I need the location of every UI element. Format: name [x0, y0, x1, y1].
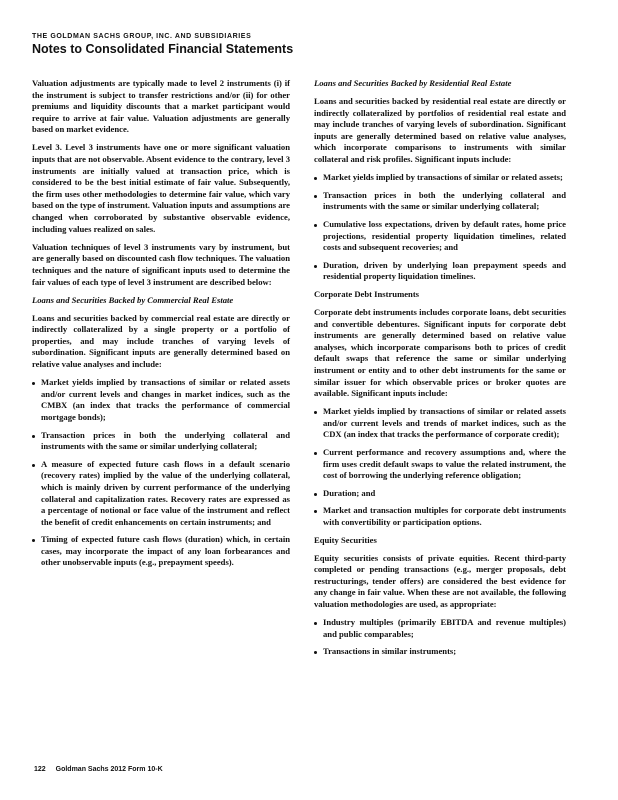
left-column: Valuation adjustments are typically made…	[32, 78, 290, 575]
publication-name: Goldman Sachs 2012 Form 10-K	[56, 766, 163, 773]
list-item: Market yields implied by transactions of…	[32, 377, 290, 423]
list-item: Duration, driven by underlying loan prep…	[314, 260, 566, 283]
bullet-list-residential-real-estate: Market yields implied by transactions of…	[314, 172, 566, 283]
section-heading-commercial-real-estate: Loans and Securities Backed by Commercia…	[32, 295, 290, 307]
list-item: Duration; and	[314, 488, 566, 500]
list-item: Transactions in similar instruments;	[314, 646, 566, 658]
page-header: The Goldman Sachs Group, Inc. and Subsid…	[32, 32, 592, 57]
bullet-list-equity-securities: Industry multiples (primarily EBITDA and…	[314, 617, 566, 658]
company-name: The Goldman Sachs Group, Inc. and Subsid…	[32, 32, 592, 41]
page-number: 122	[34, 766, 46, 773]
bullet-list-corporate-debt: Market yields implied by transactions of…	[314, 406, 566, 528]
paragraph-valuation-adjustments: Valuation adjustments are typically made…	[32, 78, 290, 136]
paragraph-residential-real-estate: Loans and securities backed by residenti…	[314, 96, 566, 166]
paragraph-corporate-debt: Corporate debt instruments includes corp…	[314, 307, 566, 400]
list-item: Cumulative loss expectations, driven by …	[314, 219, 566, 254]
document-page: The Goldman Sachs Group, Inc. and Subsid…	[0, 0, 618, 800]
list-item: Current performance and recovery assumpt…	[314, 447, 566, 482]
section-heading-equity-securities: Equity Securities	[314, 535, 566, 547]
paragraph-commercial-real-estate: Loans and securities backed by commercia…	[32, 313, 290, 371]
list-item: Transaction prices in both the underlyin…	[32, 430, 290, 453]
paragraph-valuation-techniques: Valuation techniques of level 3 instrume…	[32, 242, 290, 288]
bullet-list-commercial-real-estate: Market yields implied by transactions of…	[32, 377, 290, 569]
paragraph-equity-securities: Equity securities consists of private eq…	[314, 553, 566, 611]
list-item: A measure of expected future cash flows …	[32, 459, 290, 529]
paragraph-level-3: Level 3. Level 3 instruments have one or…	[32, 142, 290, 235]
page-title: Notes to Consolidated Financial Statemen…	[32, 42, 592, 57]
list-item: Transaction prices in both the underlyin…	[314, 190, 566, 213]
section-heading-residential-real-estate: Loans and Securities Backed by Residenti…	[314, 78, 566, 90]
right-column: Loans and Securities Backed by Residenti…	[314, 78, 566, 664]
list-item: Timing of expected future cash flows (du…	[32, 534, 290, 569]
list-item: Industry multiples (primarily EBITDA and…	[314, 617, 566, 640]
list-item: Market yields implied by transactions of…	[314, 172, 566, 184]
list-item: Market and transaction multiples for cor…	[314, 505, 566, 528]
section-heading-corporate-debt: Corporate Debt Instruments	[314, 289, 566, 301]
page-footer: 122 Goldman Sachs 2012 Form 10-K	[34, 766, 163, 773]
list-item: Market yields implied by transactions of…	[314, 406, 566, 441]
